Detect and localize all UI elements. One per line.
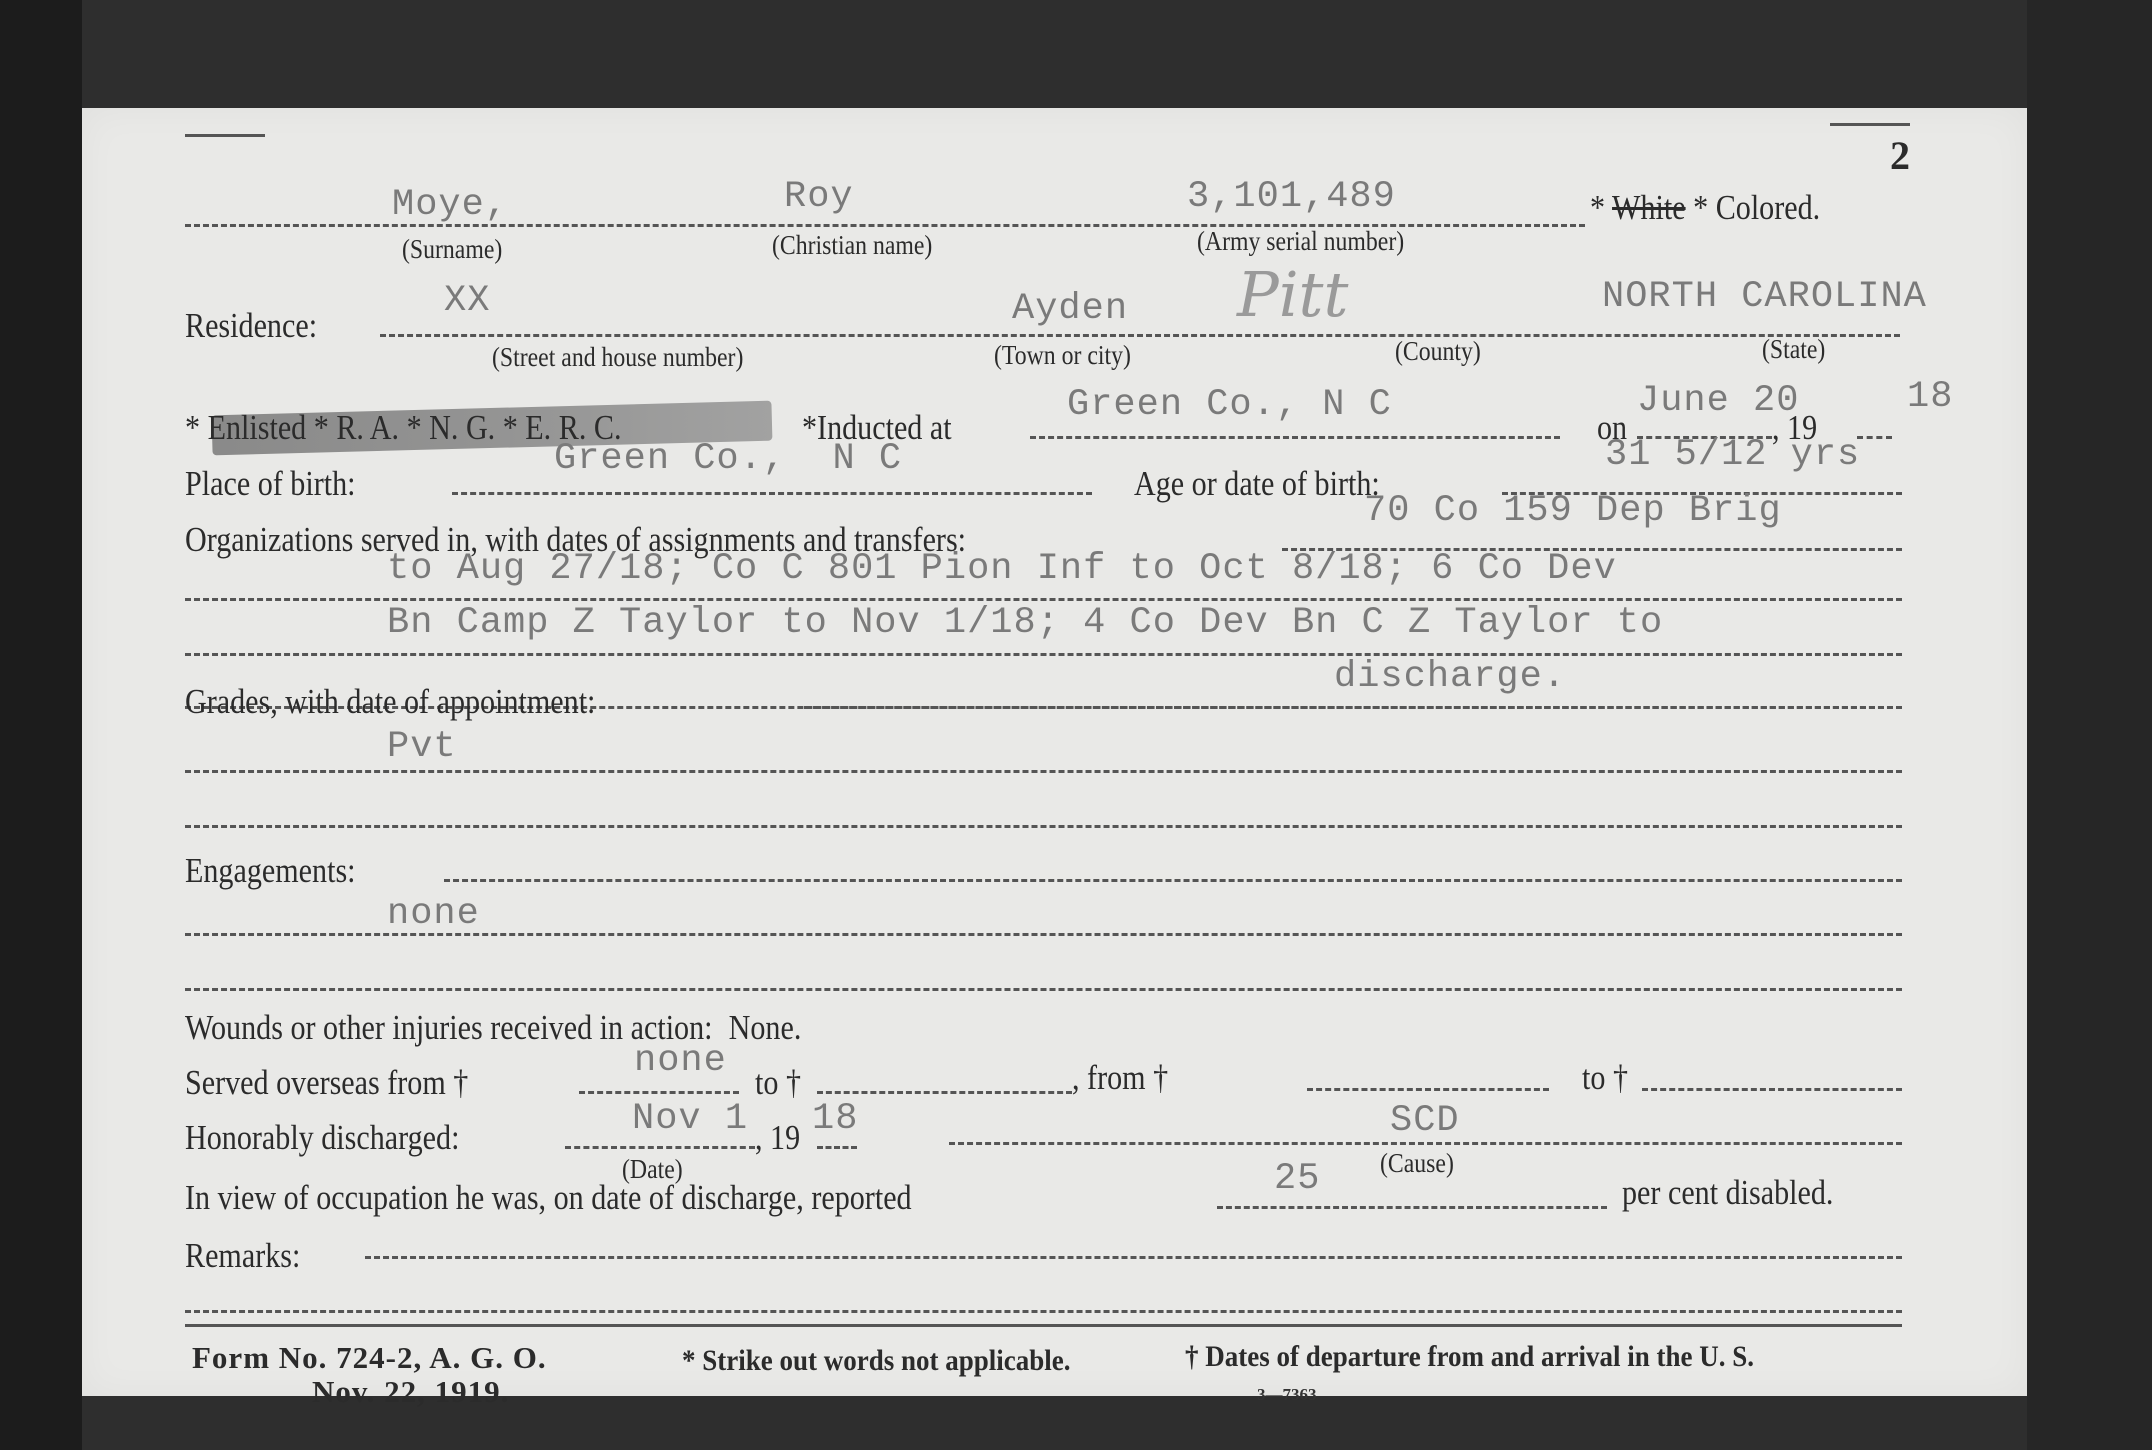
- organization-entry-1: 70 Co 159 Dep Brig: [1364, 490, 1782, 532]
- overseas-from-1-value: none: [634, 1040, 727, 1082]
- grade-value: Pvt: [387, 726, 457, 768]
- overseas-from-2-line: [1307, 1088, 1549, 1091]
- grades-line-3: [185, 825, 1902, 828]
- state-value: NORTH CAROLINA: [1602, 276, 1927, 318]
- disability-suffix: per cent disabled.: [1622, 1173, 1833, 1213]
- county-value-handwritten: Pitt: [1237, 258, 1348, 331]
- organization-entry-3: Bn Camp Z Taylor to Nov 1/18; 4 Co Dev B…: [387, 602, 1663, 644]
- discharge-year-line: [817, 1146, 857, 1149]
- race-white-struck: White: [1612, 188, 1686, 227]
- race-colored: * Colored.: [1693, 188, 1820, 227]
- remarks-line-2: [185, 1310, 1902, 1313]
- wounds-value: None.: [729, 1008, 802, 1047]
- organizations-line-3: [185, 653, 1902, 656]
- engagements-line-3: [185, 988, 1902, 991]
- serial-number-label: (Army serial number): [1197, 226, 1404, 257]
- overseas-from-1-line: [579, 1091, 739, 1094]
- discharge-cause-label: (Cause): [1380, 1148, 1454, 1179]
- service-record-card: 2 Moye, Roy 3,101,489 (Surname) (Christi…: [82, 108, 2027, 1396]
- place-of-birth-value: Green Co., N C: [554, 438, 902, 480]
- county-label: (County): [1395, 336, 1481, 367]
- scan-background-right: [2027, 0, 2152, 1450]
- discharge-date-value: Nov 1: [632, 1098, 748, 1140]
- top-left-mark: [185, 134, 265, 137]
- discharge-year-value: 18: [812, 1098, 858, 1140]
- age-label: Age or date of birth:: [1134, 464, 1380, 504]
- scan-background-left: [0, 0, 82, 1450]
- print-code: 3—7363: [1257, 1385, 1317, 1405]
- disability-line: [1217, 1206, 1607, 1209]
- age-value: 31 5/12 yrs: [1605, 434, 1860, 476]
- dagger-note: † Dates of departure from and arrival in…: [1185, 1340, 1754, 1374]
- race-options: * White * Colored.: [1590, 188, 1820, 228]
- induction-year-value: 18: [1907, 376, 1953, 418]
- town-value: Ayden: [1012, 288, 1128, 330]
- overseas-to-2-line: [1642, 1088, 1902, 1091]
- christian-name-value: Roy: [784, 176, 854, 218]
- race-white-asterisk: *: [1590, 188, 1605, 227]
- form-date: Nov. 22, 1919.: [312, 1374, 509, 1410]
- discharge-cause-line: [949, 1142, 1902, 1145]
- grades-label: Grades, with date of appointment:: [185, 682, 595, 722]
- surname-value: Moye,: [392, 184, 508, 226]
- christian-name-label: (Christian name): [772, 230, 932, 261]
- grades-line-2: [185, 770, 1902, 773]
- footer-divider: [185, 1324, 1902, 1327]
- top-right-mark: [1830, 123, 1910, 126]
- state-label: (State): [1762, 334, 1825, 365]
- inducted-at-value: Green Co., N C: [1067, 384, 1392, 426]
- overseas-to-1-line: [817, 1091, 1072, 1094]
- overseas-to-2-label: to †: [1582, 1058, 1628, 1098]
- engagements-line-2: [185, 933, 1902, 936]
- residence-line: [380, 334, 1900, 337]
- serial-number-value: 3,101,489: [1187, 176, 1396, 218]
- disability-label: In view of occupation he was, on date of…: [185, 1178, 912, 1218]
- grades-line-1: [804, 706, 1902, 709]
- engagements-label: Engagements:: [185, 851, 356, 891]
- overseas-to-1-label: to †: [755, 1063, 801, 1103]
- discharge-year-prefix: , 19: [755, 1118, 800, 1158]
- remarks-line-1: [365, 1256, 1902, 1259]
- overseas-from-2-label: , from †: [1072, 1058, 1168, 1098]
- card-number: 2: [1890, 132, 1910, 179]
- induction-year-line: [1857, 436, 1892, 439]
- town-label: (Town or city): [994, 340, 1131, 371]
- served-overseas-label: Served overseas from †: [185, 1063, 468, 1103]
- engagements-line-1: [444, 879, 1902, 882]
- street-value: XX: [444, 280, 490, 322]
- street-label: (Street and house number): [492, 342, 743, 373]
- discharge-date-line: [565, 1146, 755, 1149]
- disability-value: 25: [1274, 1158, 1320, 1200]
- surname-label: (Surname): [402, 234, 502, 265]
- form-number: Form No. 724-2, A. G. O.: [192, 1340, 547, 1376]
- place-of-birth-line: [452, 492, 1092, 495]
- organizations-line-2: [185, 598, 1902, 601]
- engagements-value: none: [387, 893, 480, 935]
- organization-entry-4: discharge.: [1334, 656, 1566, 698]
- residence-label: Residence:: [185, 306, 317, 346]
- discharge-cause-value: SCD: [1390, 1100, 1460, 1142]
- inducted-at-line: [1030, 436, 1560, 439]
- strike-out-note: * Strike out words not applicable.: [682, 1344, 1071, 1378]
- honorably-discharged-label: Honorably discharged:: [185, 1118, 459, 1158]
- remarks-label: Remarks:: [185, 1236, 300, 1276]
- place-of-birth-label: Place of birth:: [185, 464, 356, 504]
- organization-entry-2: to Aug 27/18; Co C 801 Pion Inf to Oct 8…: [387, 548, 1617, 590]
